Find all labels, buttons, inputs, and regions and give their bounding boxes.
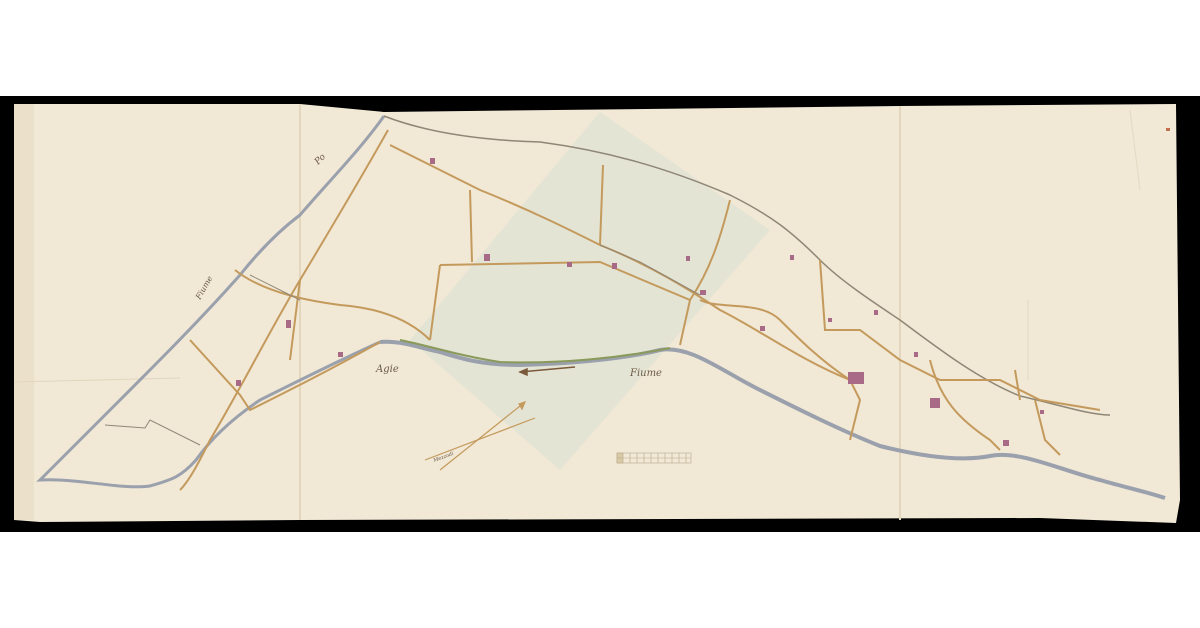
label-river-main-right: Fiume <box>629 368 662 379</box>
label-river-main-left: Agie <box>375 364 399 375</box>
historical-map: Agie Fiume Fiume Po Mezzodì <box>0 0 1200 628</box>
